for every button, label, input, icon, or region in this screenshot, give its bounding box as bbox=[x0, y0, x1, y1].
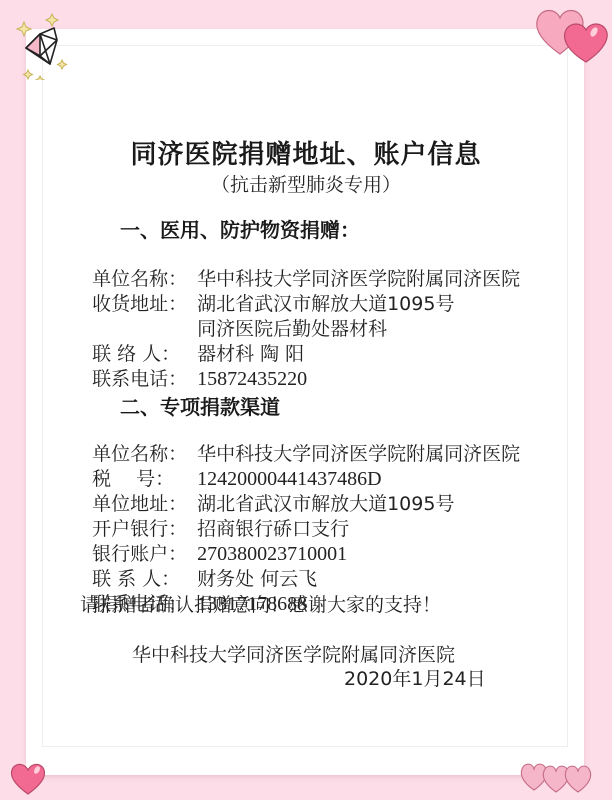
row-contact-phone: 联系电话：15872435220 bbox=[80, 343, 307, 391]
row-label: 联系电话： bbox=[92, 367, 197, 391]
page-title: 同济医院捐赠地址、账户信息 bbox=[0, 134, 612, 171]
heart-icon bbox=[8, 760, 48, 796]
row-value: 15872435220 bbox=[197, 368, 307, 390]
diamond-icon bbox=[10, 10, 70, 80]
two-hearts-icon bbox=[530, 2, 612, 66]
section-heading-donation-channel: 二、专项捐款渠道 bbox=[120, 391, 280, 420]
signature-organization: 华中科技大学同济医学院附属同济医院 bbox=[132, 640, 455, 667]
closing-note: 请捐赠者确认捐赠意向！感谢大家的支持！ bbox=[80, 593, 441, 617]
three-hearts-icon bbox=[518, 758, 608, 798]
signature-date: 2020年1月24日 bbox=[344, 664, 486, 691]
section-heading-supplies: 一、医用、防护物资捐赠： bbox=[120, 214, 360, 243]
page-subtitle: （抗击新型肺炎专用） bbox=[0, 170, 612, 197]
